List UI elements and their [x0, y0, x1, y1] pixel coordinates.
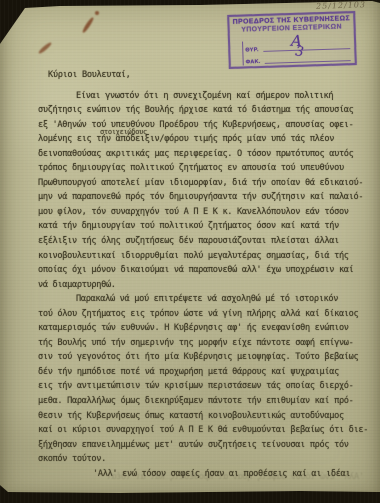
body-line: κατά τήν δημιουργίαν τού πολιτικού ζητήμ… [38, 219, 366, 234]
folder-field-label: ΦΑΚ. [246, 59, 261, 65]
body-line: μεθα. Παραλλήλως όμως διεκηρύξαμεν πάντο… [38, 394, 366, 409]
body-line: συζήτησις ενώπιον τής Βουλής ήρχισε κατά… [38, 103, 366, 118]
handwritten-archive-number: 25/12/103 [316, 0, 366, 11]
body-line: Πρωθυπουργού αποτελεί μίαν ιδιομορφίαν, … [38, 176, 366, 191]
body-line: σιν τού γεγονότος ότι ήτο μία Κυβέρνησις… [38, 350, 366, 365]
body-line: θεσιν τής Κυβερνήσεως όπως καταστή κοινο… [38, 409, 366, 424]
stamp-fields: Α 3 ΘΥΡ. ΦΑΚ. [242, 38, 353, 65]
body-line: τρόπος δημιουργίας πολιτικού ζητήματος ε… [38, 161, 366, 176]
salutation: Κύριοι Βουλευταί, [38, 68, 366, 83]
door-field-label: ΘΥΡ. [245, 47, 259, 53]
body-line: εξ 'Αθηνών τού υπευθύνου Προέδρου τής Κυ… [38, 118, 366, 133]
body-line: καταμερισμός τών ευθυνών. Η Κυβέρνησις α… [38, 321, 366, 336]
handwritten-folder-entry: 3 [295, 44, 305, 60]
body-line: τού όλου ζητήματος εις τρόπον ώστε νά γί… [38, 307, 366, 322]
rust-stain [95, 11, 99, 15]
body-line: σκοπόν τούτον. [38, 452, 366, 467]
field-rule [265, 60, 351, 64]
body-line: μου φίλον, τόν συναρχηγόν τού Α Π Ε Κ κ.… [38, 205, 366, 220]
scanned-letter-page: 25/12/103 ΠΡΟΕΔΡΟΣ ΤΗΣ ΚΥΒΕΡΝΗΣΕΩΣ ΥΠΟΥΡ… [0, 0, 380, 503]
body-line: εις τήν αντιμετώπισιν τών κρισίμων περισ… [38, 379, 366, 394]
body-line: ξήχθησαν επανειλημμένως μετ' αυτών συζητ… [38, 438, 366, 453]
body-line: δέν τήν ημπόδισε ποτέ νά προχωρήση μετά … [38, 365, 366, 380]
letter-body: Κύριοι Βουλευταί, Είναι γνωστόν ότι η συ… [38, 68, 366, 481]
body-line: καί οι κύριοι συναρχηγοί τού Α Π Ε Κ θά … [38, 423, 366, 438]
interline-insertion: στοιχειώδους [100, 125, 147, 140]
body-line: λομένης εις τήν απόδειξιν/φόρου τιμής πρ… [38, 132, 366, 147]
body-line: Είναι γνωστόν ότι η συνεχιζομένη καί σήμ… [38, 89, 366, 104]
bleedthrough-text: 'Αλλ' ενώ τόσον σαφείς ήσαν αι προθέσεις… [34, 472, 380, 482]
body-line: νά διαμαρτυρηθώ. [38, 278, 366, 293]
body-line: μην νά παραπονεθώ πρός τόν δημιουργήσαντ… [38, 190, 366, 205]
body-line: εξέλιξιν τής όλης συζητήσεως δέν παρουσι… [38, 234, 366, 249]
body-line: δεινοπαθούσας ακριτικάς μας περιφερείας.… [38, 147, 366, 162]
body-line: κοινοβουλευτικαί ιδιορρυθμίαι πολύ μεγαλ… [38, 249, 366, 264]
body-line: τής Βουλής υπό τήν σημερινήν της μορφήν … [38, 336, 366, 351]
body-line: οποίας όχι μόνον δικαιούμαι νά παραπονεθ… [38, 263, 366, 278]
ministry-stamp: ΠΡΟΕΔΡΟΣ ΤΗΣ ΚΥΒΕΡΝΗΣΕΩΣ ΥΠΟΥΡΓΕΙΟΝ ΕΞΩΤ… [227, 11, 357, 69]
body-line: Παρακαλώ νά μού επιτρέψετε νά ασχοληθώ μ… [38, 292, 366, 307]
